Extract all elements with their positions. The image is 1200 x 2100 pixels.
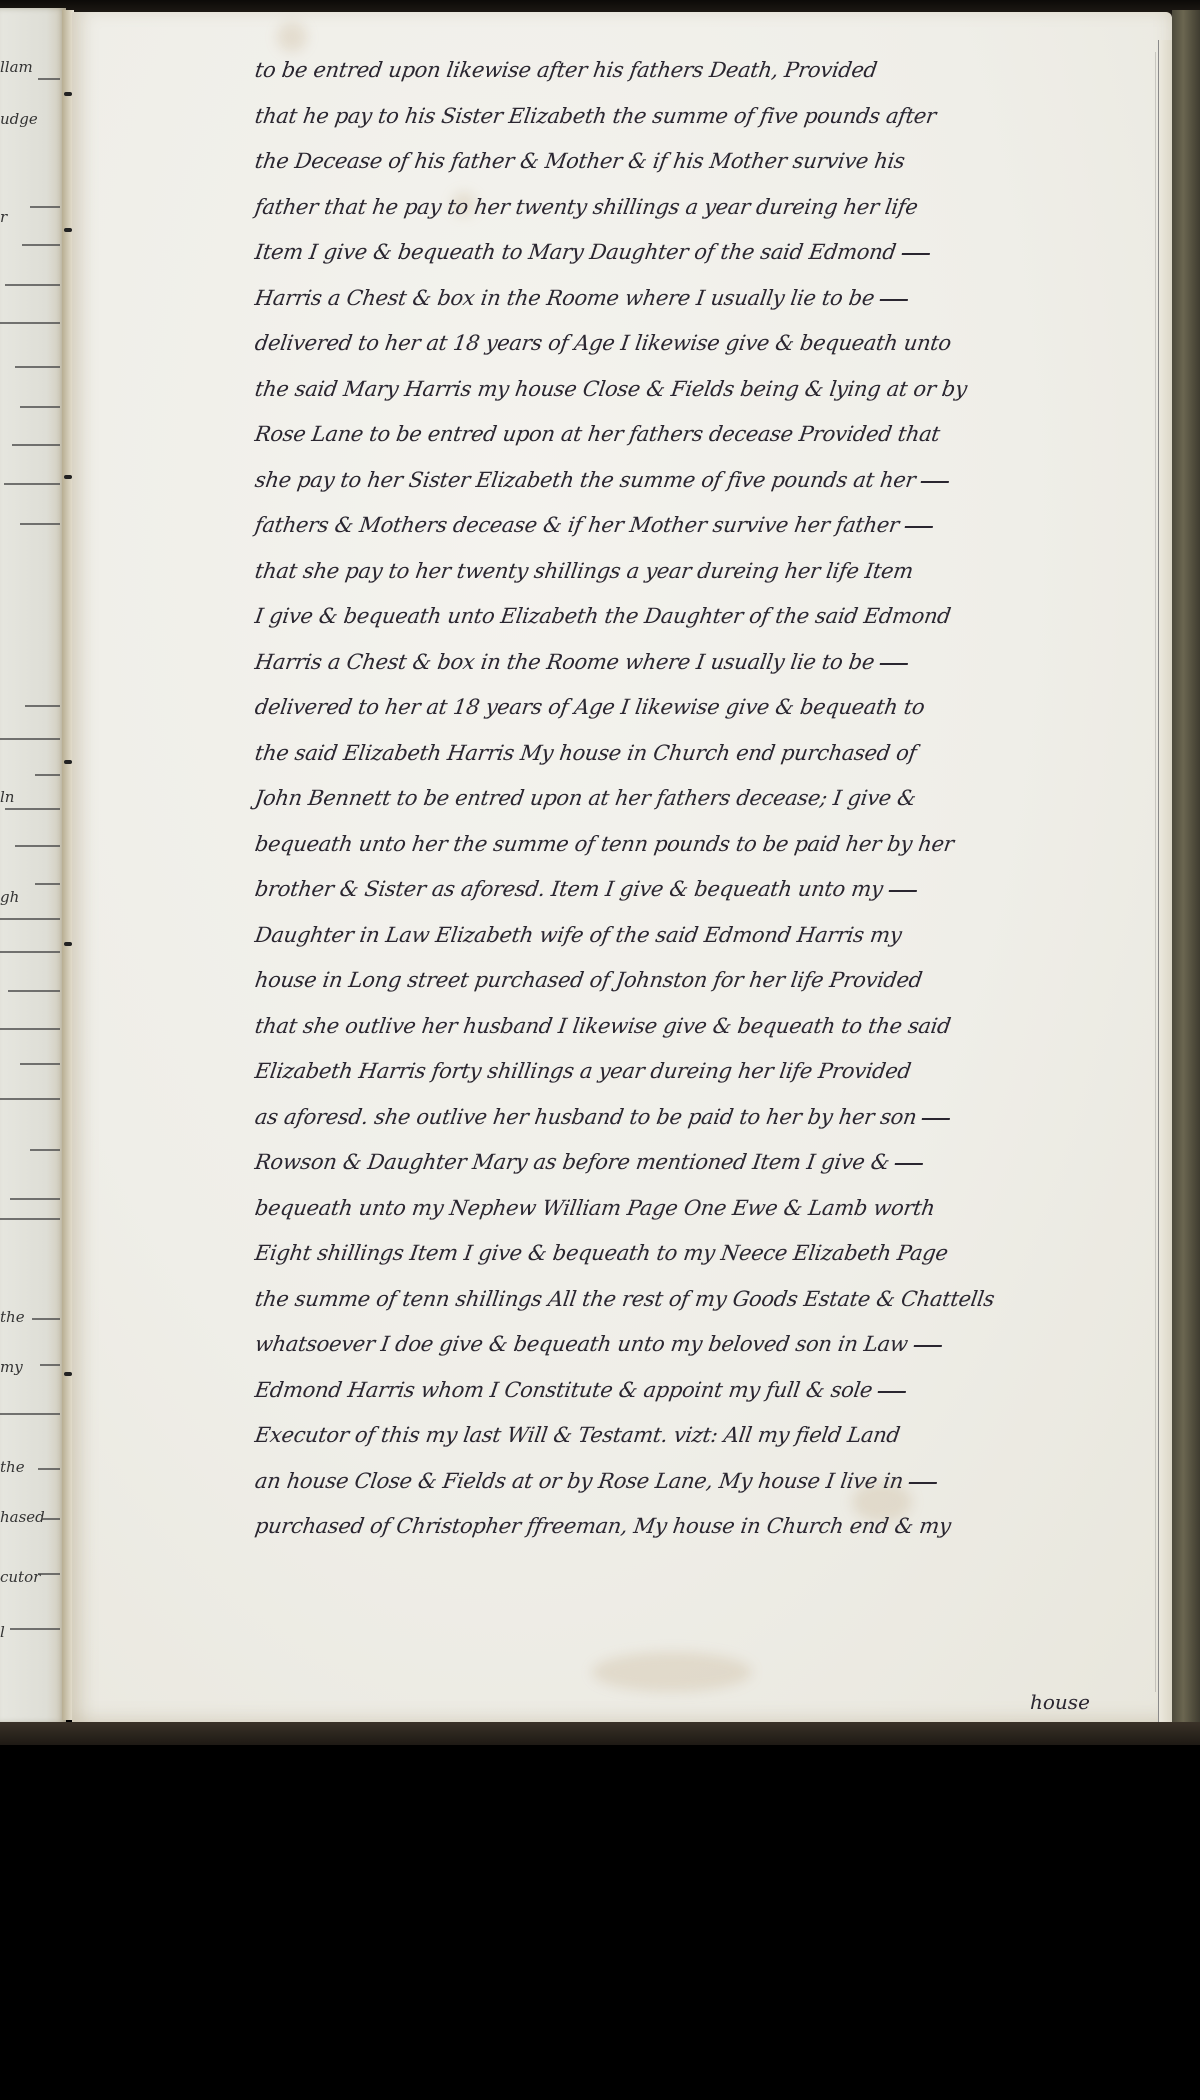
left-page-fragment: r [0,208,7,226]
manuscript-line: the said Elizabeth Harris My house in Ch… [252,731,1138,777]
line-end-dash [15,845,60,847]
sewing-thread-mark [64,942,72,946]
line-end-dash [42,1518,60,1520]
line-end-dash [0,322,60,324]
line-text: whatsoever I doe give & bequeath unto my… [253,1332,909,1356]
line-end-dash [35,883,60,885]
manuscript-line: Executor of this my last Will & Testamt.… [252,1413,1138,1459]
manuscript-line: Eight shillings Item I give & bequeath t… [252,1231,1138,1277]
line-text: purchased of Christopher ffreeman, My ho… [253,1514,952,1538]
line-end-dash [20,406,60,408]
line-text: Executor of this my last Will & Testamt.… [253,1423,901,1447]
manuscript-line: Rowson & Daughter Mary as before mention… [252,1140,1138,1186]
manuscript-line: whatsoever I doe give & bequeath unto my… [252,1322,1138,1368]
manuscript-line: bequeath unto her the summe of tenn poun… [252,822,1138,868]
line-filler-dash [909,1481,937,1483]
manuscript-line: fathers & Mothers decease & if her Mothe… [252,503,1138,549]
manuscript-line: that she pay to her twenty shillings a y… [252,549,1138,595]
manuscript-line: brother & Sister as aforesd. Item I give… [252,867,1138,913]
manuscript-line: the said Mary Harris my house Close & Fi… [252,367,1138,413]
sewing-thread-mark [64,760,72,764]
manuscript-line: an house Close & Fields at or by Rose La… [252,1459,1138,1505]
manuscript-line: the summe of tenn shillings All the rest… [252,1277,1138,1323]
manuscript-line: Item I give & bequeath to Mary Daughter … [252,230,1138,276]
manuscript-line: bequeath unto my Nephew William Page One… [252,1186,1138,1232]
left-page-fragment: cutor [0,1568,40,1586]
manuscript-line: delivered to her at 18 years of Age I li… [252,685,1138,731]
line-text: the said Mary Harris my house Close & Fi… [253,377,968,401]
line-text: Edmond Harris whom I Constitute & appoin… [253,1378,874,1402]
line-end-dash [0,1028,60,1030]
left-page-fragment: gh [0,888,19,906]
line-end-dash [0,918,60,920]
sewing-thread-mark [64,475,72,479]
line-filler-dash [913,1345,941,1347]
line-end-dash [0,1218,60,1220]
line-text: an house Close & Fields at or by Rose La… [253,1469,904,1493]
line-filler-dash [888,890,916,892]
line-text: delivered to her at 18 years of Age I li… [253,695,926,719]
line-text: Daughter in Law Elizabeth wife of the sa… [253,923,903,947]
manuscript-line: she pay to her Sister Elizabeth the summ… [252,458,1138,504]
line-text: Elizabeth Harris forty shillings a year … [253,1059,912,1083]
line-end-dash [38,78,60,80]
line-end-dash [0,951,60,953]
line-end-dash [25,705,60,707]
line-filler-dash [901,253,929,255]
line-filler-dash [905,526,933,528]
manuscript-line: house in Long street purchased of Johnst… [252,958,1138,1004]
manuscript-line: Harris a Chest & box in the Roome where … [252,276,1138,322]
left-page-fragment: the [0,1458,25,1476]
line-text: delivered to her at 18 years of Age I li… [253,331,952,355]
line-text: Eight shillings Item I give & bequeath t… [253,1241,949,1265]
line-text: house in Long street purchased of Johnst… [253,968,923,992]
line-end-dash [38,1468,60,1470]
manuscript-line: purchased of Christopher ffreeman, My ho… [252,1504,1138,1550]
line-end-dash [40,1364,60,1366]
left-page-fragment: udge [0,110,38,128]
manuscript-line: Harris a Chest & box in the Roome where … [252,640,1138,686]
line-end-dash [12,444,60,446]
line-text: the said Elizabeth Harris My house in Ch… [253,741,917,765]
left-page-fragment: llam [0,58,33,76]
line-text: Rose Lane to be entred upon at her fathe… [253,422,941,446]
line-filler-dash [880,662,908,664]
line-text: to be entred upon likewise after his fat… [253,58,878,82]
line-end-dash [0,1098,60,1100]
line-text: the summe of tenn shillings All the rest… [253,1287,995,1311]
line-filler-dash [921,480,949,482]
line-text: Rowson & Daughter Mary as before mention… [253,1150,891,1174]
catchword: house [1030,1690,1090,1714]
manuscript-line: delivered to her at 18 years of Age I li… [252,321,1138,367]
line-filler-dash [895,1163,923,1165]
manuscript-line: that he pay to his Sister Elizabeth the … [252,94,1138,140]
line-text: that she outlive her husband I likewise … [253,1014,952,1038]
line-end-dash [8,990,60,992]
manuscript-line: I give & bequeath unto Elizabeth the Dau… [252,594,1138,640]
left-page-fragment: ln [0,788,14,806]
line-text: Harris a Chest & box in the Roome where … [253,650,875,674]
line-text: that he pay to his Sister Elizabeth the … [253,104,937,128]
margin-ruling [1155,52,1156,1692]
line-end-dash [30,206,60,208]
manuscript-line: as aforesd. she outlive her husband to b… [252,1095,1138,1141]
black-letterbox [0,1745,1200,2100]
will-text: to be entred upon likewise after his fat… [255,48,1135,1550]
line-end-dash [32,1318,60,1320]
line-end-dash [5,808,60,810]
line-end-dash [0,1413,60,1415]
line-end-dash [22,244,60,246]
left-page-fragment: hased [0,1508,45,1526]
line-text: fathers & Mothers decease & if her Mothe… [253,513,900,537]
manuscript-line: that she outlive her husband I likewise … [252,1004,1138,1050]
line-end-dash [20,1063,60,1065]
left-page-fragment: l [0,1623,5,1641]
manuscript-line: Rose Lane to be entred upon at her fathe… [252,412,1138,458]
sewing-thread-mark [64,228,72,232]
line-text: she pay to her Sister Elizabeth the summ… [253,468,917,492]
line-text: as aforesd. she outlive her husband to b… [253,1105,918,1129]
left-page-fragment: the [0,1308,25,1326]
line-end-dash [4,483,60,485]
line-end-dash [15,366,60,368]
line-end-dash [10,1198,60,1200]
line-text: bequeath unto my Nephew William Page One… [253,1196,936,1220]
line-filler-dash [880,298,908,300]
line-end-dash [38,1573,60,1575]
line-filler-dash [878,1390,906,1392]
line-text: bequeath unto her the summe of tenn poun… [253,832,955,856]
line-end-dash [20,523,60,525]
line-end-dash [10,1628,60,1630]
manuscript-line: Daughter in Law Elizabeth wife of the sa… [252,913,1138,959]
line-text: John Bennett to be entred upon at her fa… [253,786,917,810]
manuscript-line: to be entred upon likewise after his fat… [252,48,1138,94]
line-text: that she pay to her twenty shillings a y… [253,559,914,583]
left-facing-page: llam udge r ln gh the my the hased cutor… [0,8,66,1723]
manuscript-line: Elizabeth Harris forty shillings a year … [252,1049,1138,1095]
sewing-thread-mark [64,1372,72,1376]
water-stain [592,1652,752,1692]
line-end-dash [30,1149,60,1151]
line-end-dash [35,774,60,776]
left-page-fragment: my [0,1358,23,1376]
line-filler-dash [922,1117,950,1119]
line-text: Item I give & bequeath to Mary Daughter … [253,240,897,264]
line-end-dash [0,738,60,740]
line-text: the Decease of his father & Mother & if … [253,149,906,173]
manuscript-line: father that he pay to her twenty shillin… [252,185,1138,231]
manuscript-line: the Decease of his father & Mother & if … [252,139,1138,185]
line-text: brother & Sister as aforesd. Item I give… [253,877,884,901]
line-text: Harris a Chest & box in the Roome where … [253,286,875,310]
manuscript-line: John Bennett to be entred upon at her fa… [252,776,1138,822]
line-text: father that he pay to her twenty shillin… [253,195,919,219]
book-binding-right [1172,10,1200,1735]
sewing-thread-mark [64,92,72,96]
manuscript-line: Edmond Harris whom I Constitute & appoin… [252,1368,1138,1414]
line-text: I give & bequeath unto Elizabeth the Dau… [253,604,952,628]
line-end-dash [5,284,60,286]
